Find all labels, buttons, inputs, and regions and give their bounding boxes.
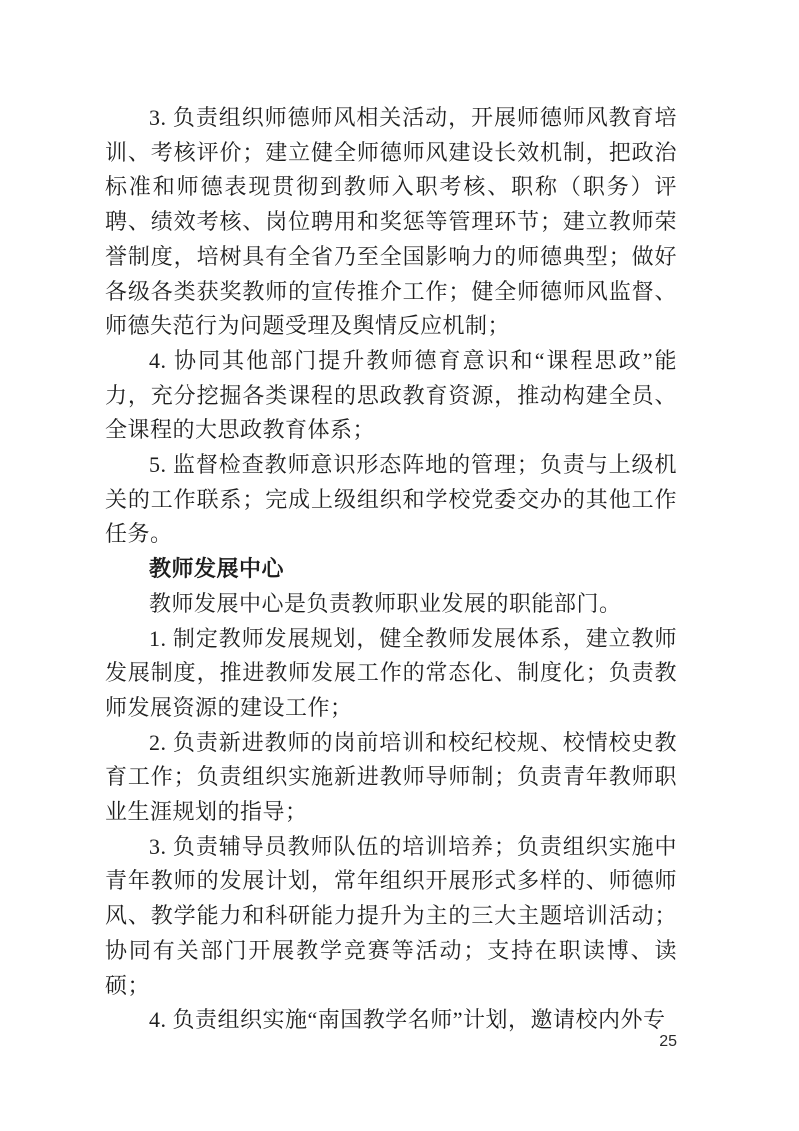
section-heading: 教师发展中心 [105,552,677,587]
body-paragraph: 4. 负责组织实施“南国教学名师”计划，邀请校内外专 [105,1003,677,1038]
document-page: 3. 负责组织师德师风相关活动，开展师德师风教育培训、考核评价；建立健全师德师风… [0,0,799,1131]
body-paragraph: 4. 协同其他部门提升教师德育意识和“课程思政”能力，充分挖掘各类课程的思政教育… [105,344,677,448]
body-paragraph: 3. 负责组织师德师风相关活动，开展师德师风教育培训、考核评价；建立健全师德师风… [105,101,677,344]
body-paragraph: 3. 负责辅导员教师队伍的培训培养；负责组织实施中青年教师的发展计划，常年组织开… [105,830,677,1004]
page-number: 25 [659,1032,677,1052]
body-paragraph: 1. 制定教师发展规划，健全教师发展体系，建立教师发展制度，推进教师发展工作的常… [105,622,677,726]
body-paragraph: 2. 负责新进教师的岗前培训和校纪校规、校情校史教育工作；负责组织实施新进教师导… [105,726,677,830]
body-paragraph: 5. 监督检查教师意识形态阵地的管理；负责与上级机关的工作联系；完成上级组织和学… [105,448,677,552]
body-paragraph: 教师发展中心是负责教师职业发展的职能部门。 [105,587,677,622]
page-body: 3. 负责组织师德师风相关活动，开展师德师风教育培训、考核评价；建立健全师德师风… [105,101,677,1038]
